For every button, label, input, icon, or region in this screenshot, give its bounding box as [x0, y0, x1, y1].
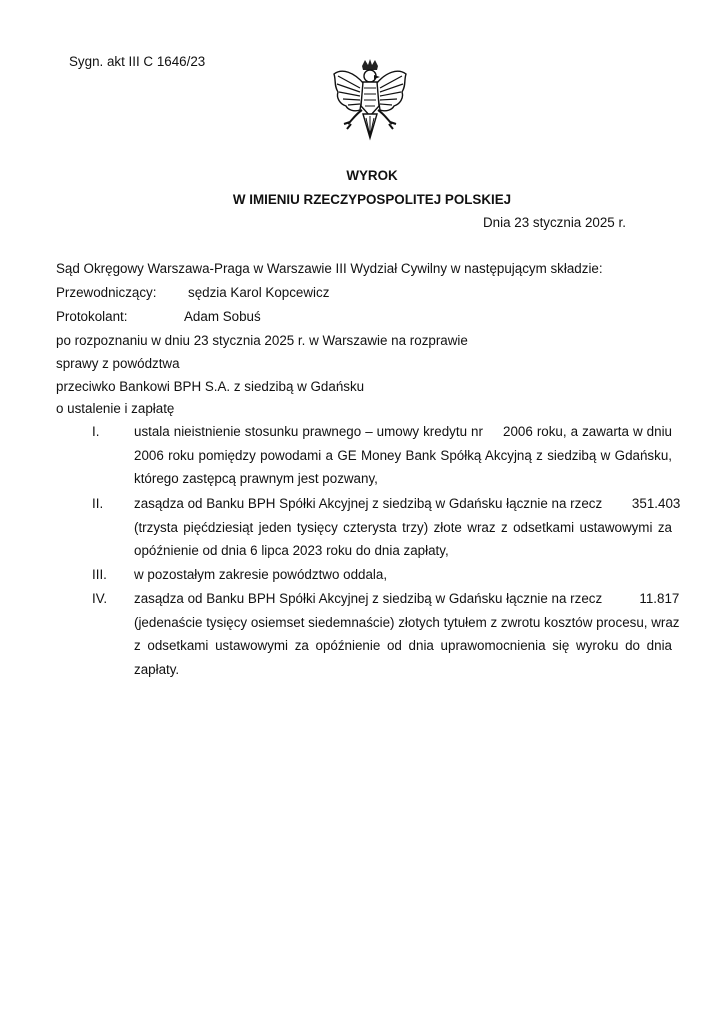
- document-title: WYROK: [10, 168, 724, 183]
- case-subject: o ustalenie i zapłatę: [56, 401, 174, 416]
- point-text-line: 2006 roku pomiędzy powodami a GE Money B…: [134, 448, 672, 463]
- point-text-line: (trzysta pięćdziesiąt jeden tysięcy czte…: [134, 520, 672, 535]
- point-number: I.: [92, 424, 99, 439]
- point-text-line: zapłaty.: [134, 662, 672, 677]
- point-text-line: którego zastępcą prawnym jest pozwany,: [134, 471, 672, 486]
- point-number: IV.: [92, 591, 107, 606]
- hearing-info: po rozpoznaniu w dniu 23 stycznia 2025 r…: [56, 333, 468, 348]
- case-reference: Sygn. akt III C 1646/23: [69, 54, 205, 69]
- case-against: przeciwko Bankowi BPH S.A. z siedzibą w …: [56, 379, 364, 394]
- clerk-label: Protokolant:: [56, 309, 184, 324]
- polish-eagle-emblem-icon: [330, 58, 410, 146]
- point-text-line: w pozostałym zakresie powództwo oddala,: [134, 567, 672, 582]
- chair-label: Przewodniczący:: [56, 285, 188, 300]
- point-number: II.: [92, 496, 103, 511]
- point-text-line: zasądza od Banku BPH Spółki Akcyjnej z s…: [134, 496, 672, 511]
- chair-value: sędzia Karol Kopcewicz: [188, 285, 329, 300]
- point-text-line: zasądza od Banku BPH Spółki Akcyjnej z s…: [134, 591, 672, 606]
- chair-row: Przewodniczący:sędzia Karol Kopcewicz: [56, 285, 329, 300]
- point-text-line: (jedenaście tysięcy osiemset siedemnaści…: [134, 615, 672, 630]
- document-subtitle: W IMIENIU RZECZYPOSPOLITEJ POLSKIEJ: [10, 192, 724, 207]
- judgment-date: Dnia 23 stycznia 2025 r.: [483, 215, 626, 230]
- point-number: III.: [92, 567, 107, 582]
- clerk-value: Adam Sobuś: [184, 309, 261, 324]
- point-text-line: opóźnienie od dnia 6 lipca 2023 roku do …: [134, 543, 672, 558]
- point-text-line: z odsetkami ustawowymi za opóźnienie od …: [134, 638, 672, 653]
- clerk-row: Protokolant:Adam Sobuś: [56, 309, 261, 324]
- case-from: sprawy z powództwa: [56, 356, 180, 371]
- point-text-line: ustala nieistnienie stosunku prawnego – …: [134, 424, 672, 439]
- court-composition: Sąd Okręgowy Warszawa-Praga w Warszawie …: [56, 261, 603, 276]
